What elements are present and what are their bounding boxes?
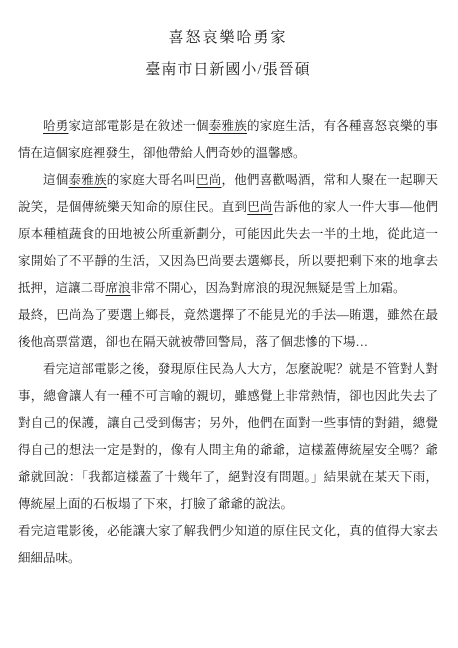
paragraph: 看完這部電影之後，發現原住民為人大方，怎麼說呢？就是不管對人對事，總會讓人有一種… <box>18 356 438 518</box>
paragraph: 看完這電影後，必能讓大家了解我們少知道的原住民文化，真的值得大家去細細品味。 <box>18 518 438 572</box>
document-body: 哈勇家這部電影是在敘述一個泰雅族的家庭生活，有各種喜怒哀樂的事情在這個家庭裡發生… <box>18 113 438 572</box>
text-segment: 看完這部電影之後，發現原住民為人大方，怎麼說呢？就是不管對人對事，總會讓人有一種… <box>18 362 438 511</box>
paragraph: 最終，巴尚為了要選上鄉長，竟然選擇了不能見光的手法—賄選，雖然在最後他高票當選，… <box>18 302 438 356</box>
text-segment: 看完這電影後，必能讓大家了解我們少知道的原住民文化，真的值得大家去細細品味。 <box>18 524 438 565</box>
proper-noun-underlined: 巴尚 <box>247 200 272 214</box>
proper-noun-underlined: 巴尚 <box>196 173 222 187</box>
paragraph: 哈勇家這部電影是在敘述一個泰雅族的家庭生活，有各種喜怒哀樂的事情在這個家庭裡發生… <box>18 113 438 167</box>
text-segment: 非常不開心，因為對席浪的現況無疑是雪上加霜。 <box>131 281 406 295</box>
proper-noun-underlined: 席浪 <box>106 281 131 295</box>
document-byline: 臺南市日新國小/張晉碩 <box>18 58 438 79</box>
text-segment: 家這部電影是在敘述一個 <box>69 119 209 133</box>
paragraph: 這個泰雅族的家庭大哥名叫巴尚，他們喜歡喝酒，常和人聚在一起聊天說笑，是個傳統樂天… <box>18 167 438 302</box>
proper-noun-underlined: 哈勇 <box>43 119 69 133</box>
proper-noun-underlined: 泰雅族 <box>209 119 247 133</box>
text-segment: 這個 <box>43 173 69 187</box>
text-segment: 的家庭大哥名叫 <box>107 173 196 187</box>
document-page: 喜怒哀樂哈勇家 臺南市日新國小/張晉碩 哈勇家這部電影是在敘述一個泰雅族的家庭生… <box>0 0 458 648</box>
text-segment: 最終，巴尚為了要選上鄉長，竟然選擇了不能見光的手法—賄選，雖然在最後他高票當選，… <box>18 308 438 349</box>
document-title: 喜怒哀樂哈勇家 <box>18 26 438 47</box>
proper-noun-underlined: 泰雅族 <box>69 173 107 187</box>
